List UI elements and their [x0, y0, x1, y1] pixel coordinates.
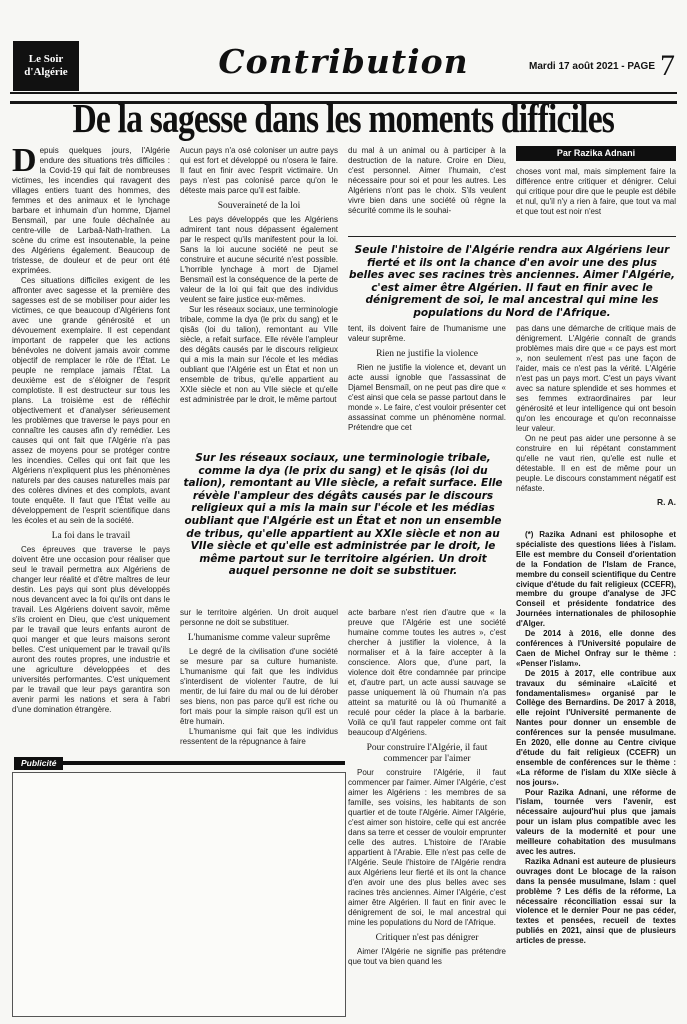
article-headline: De la sagesse dans les moments difficile…: [73, 96, 615, 140]
article-column-3-middle: tent, ils doivent faire de l'humanisme u…: [348, 324, 506, 448]
dateline-group: Mardi 17 août 2021 - PAGE 7: [529, 52, 675, 80]
article-column-3-upper: du mal à un animal ou à participer à la …: [348, 146, 506, 232]
page-number: 7: [660, 52, 675, 80]
article-paragraph: On ne peut pas aider une personne à se c…: [516, 434, 676, 494]
article-paragraph: Depuis quelques jours, l'Algérie endure …: [12, 146, 170, 276]
drop-cap: D: [12, 147, 37, 175]
article-paragraph: Aimer l'Algérie ne signifie pas prétendr…: [348, 947, 506, 967]
footnote-paragraph: (*) Razika Adnani est philosophe et spéc…: [516, 530, 676, 629]
pull-quote-reseaux-sociaux: Sur les réseaux sociaux, une terminologi…: [180, 452, 506, 578]
ad-placeholder: [12, 772, 346, 1017]
article-paragraph: Le degré de la civilisation d'une sociét…: [180, 647, 338, 727]
author-initials: R. A.: [516, 497, 676, 507]
article-paragraph: Ces situations difficiles exigent de les…: [12, 276, 170, 526]
headline-row: De la sagesse dans les moments difficile…: [0, 96, 687, 140]
pull-quote-histoire-algerie: Seule l'histoire de l'Algérie rendra aux…: [348, 236, 676, 320]
article-paragraph: Aucun pays n'a osé coloniser un autre pa…: [180, 146, 338, 196]
section-subhead-foi-travail: La foi dans le travail: [12, 531, 170, 542]
article-column-4-middle: pas dans une démarche de critique mais d…: [516, 324, 676, 524]
article-paragraph: Pour construire l'Algérie, il faut comme…: [348, 768, 506, 928]
footnote-paragraph: Razika Adnani est auteure de plusieurs o…: [516, 857, 676, 946]
article-column-3-lower: acte barbare n'est rien d'autre que « la…: [348, 608, 506, 1018]
footnote-paragraph: De 2014 à 2016, elle donne des conférenc…: [516, 629, 676, 669]
ad-label: Publicité: [14, 757, 63, 770]
ad-rule: [58, 761, 345, 765]
footnote-paragraph: De 2015 à 2017, elle contribue aux trava…: [516, 669, 676, 788]
section-subhead-critiquer: Critiquer n'est pas dénigrer: [348, 933, 506, 944]
article-paragraph: choses vont mal, mais simplement faire l…: [516, 167, 676, 217]
article-column-4-upper: choses vont mal, mais simplement faire l…: [516, 167, 676, 233]
article-paragraph: pas dans une démarche de critique mais d…: [516, 324, 676, 434]
article-paragraph: Ces épreuves que traverse le pays doiven…: [12, 545, 170, 715]
article-column-2-lower: sur le territoire algérien. Un droit auq…: [180, 608, 338, 760]
byline-badge: Par Razika Adnani: [516, 146, 676, 161]
section-subhead-construire: Pour construire l'Algérie, il faut comme…: [348, 743, 506, 765]
newspaper-page: Le Soir d'Algérie Contribution Mardi 17 …: [0, 0, 687, 1024]
article-paragraph: tent, ils doivent faire de l'humanisme u…: [348, 324, 506, 344]
article-column-1: Depuis quelques jours, l'Algérie endure …: [12, 146, 170, 754]
article-paragraph: Rien ne justifie la violence et, devant …: [348, 363, 506, 433]
article-paragraph: du mal à un animal ou à participer à la …: [348, 146, 506, 216]
article-column-2-upper: Aucun pays n'a osé coloniser un autre pa…: [180, 146, 338, 446]
article-paragraph: sur le territoire algérien. Un droit auq…: [180, 608, 338, 628]
article-paragraph: Les pays développés que les Algériens ad…: [180, 215, 338, 305]
article-paragraph: acte barbare n'est rien d'autre que « la…: [348, 608, 506, 738]
article-paragraph: Sur les réseaux sociaux, une terminologi…: [180, 305, 338, 405]
footnote-paragraph: Pour Razika Adnani, une réforme de l'isl…: [516, 788, 676, 857]
section-subhead-souverainete: Souveraineté de la loi: [180, 201, 338, 212]
section-subhead-violence: Rien ne justifie la violence: [348, 349, 506, 360]
section-subhead-humanisme: L'humanisme comme valeur suprême: [180, 633, 338, 644]
author-footnote: (*) Razika Adnani est philosophe et spéc…: [516, 530, 676, 1018]
date-line: Mardi 17 août 2021 - PAGE: [529, 54, 655, 80]
article-paragraph: L'humanisme qui fait que les individus r…: [180, 727, 338, 747]
